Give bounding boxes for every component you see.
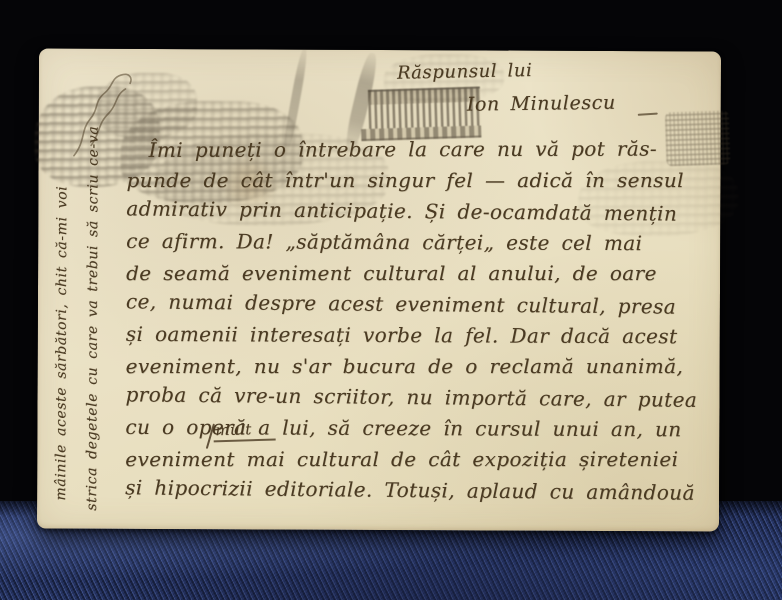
handwriting-line: ce afirm. Da! „săptămâna cărței„ este ce… — [126, 226, 726, 260]
handwriting-line: Îmi puneți o întrebare la care nu vă pot… — [127, 133, 727, 166]
colonnade-columns — [368, 101, 481, 128]
handwriting-line: eveniment, nu s'ar bucura de o reclamă u… — [126, 351, 726, 382]
header-line-2: Ion Minulescu — [467, 92, 616, 116]
inserted-word: mult — [213, 420, 275, 441]
handwritten-body: Îmi puneți o întrebare la care nu vă pot… — [125, 133, 727, 508]
handwriting-line: admirativ prin anticipație. Și de-ocamda… — [126, 193, 726, 230]
handwriting-line: eveniment mai cultural de cât expoziția … — [125, 444, 725, 475]
postcard: Răspunsul lui Ion Minulescu Îmi puneți o… — [37, 49, 721, 532]
handwriting-line: și hipocrizii editoriale. Totuși, aplaud… — [125, 472, 725, 509]
photo-scene: Răspunsul lui Ion Minulescu Îmi puneți o… — [0, 0, 782, 600]
header-line-1: Răspunsul lui — [397, 60, 533, 84]
handwriting-line: punde de cât într'un singur fel — adică … — [126, 165, 726, 196]
pen-dash — [638, 113, 658, 117]
handwriting-line: de seamă eveniment cultural al anului, d… — [126, 258, 726, 289]
handwriting-line: ce, numai despre acest eveniment cultura… — [126, 286, 726, 323]
margin-handwriting-line: mâinile aceste sărbători, chit că-mi voi — [53, 69, 71, 501]
inserted-word-text: mult — [213, 419, 276, 442]
margin-handwriting-line: strica degetele cu care va trebui să scr… — [84, 59, 102, 511]
handwriting-line: și oamenii interesați vorbe la fel. Dar … — [126, 319, 726, 353]
handwriting-line: proba că vre-un scriitor, nu importă car… — [125, 379, 725, 416]
